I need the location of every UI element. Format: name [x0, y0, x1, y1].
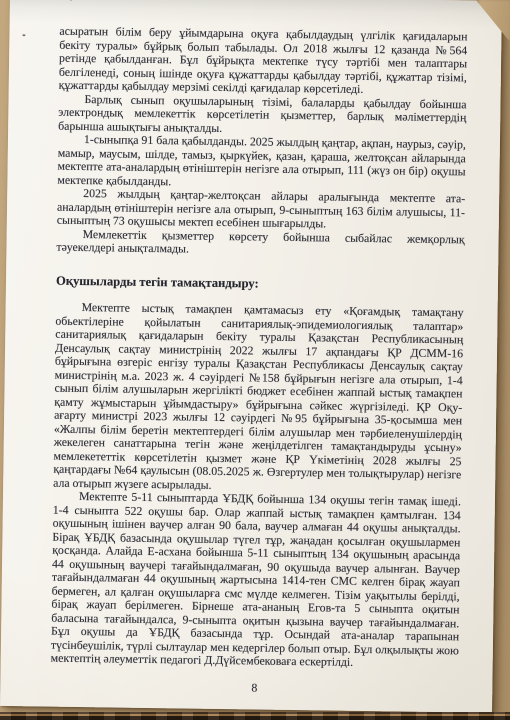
- scan-speck: [22, 34, 25, 36]
- paragraph: Барлық сынып оқушыларының тізімі, балала…: [58, 92, 467, 138]
- paragraph: Мектепте ыстық тамақпен қамтамасыз ету «…: [53, 301, 464, 496]
- scan-speck: [70, 0, 72, 1]
- paragraph: Мектепте 5-11 сыныптарда ҰБДҚ бойынша 13…: [51, 490, 461, 671]
- paragraph: 2025 жылдың қаңтар-желтоқсан айлары арал…: [57, 187, 466, 233]
- paragraph: Мемлекеттік қызметтер көрсету бойынша сы…: [56, 227, 464, 260]
- page-text-block: асыратын білім беру ұйымдарына оқуға қаб…: [50, 25, 467, 698]
- paragraph: 1-сыныпқа 91 бала қабылданды. 2025 жылды…: [57, 133, 466, 193]
- page-number: 8: [50, 678, 458, 697]
- desk-edge-strip: [0, 712, 510, 720]
- document-page: асыратын білім беру ұйымдарына оқуға қаб…: [0, 0, 502, 713]
- scanned-document-view: асыратын білім беру ұйымдарына оқуға қаб…: [0, 0, 510, 720]
- paragraph: асыратын білім беру ұйымдарына оқуға қаб…: [59, 25, 468, 98]
- section-heading: Оқушыларды тегін тамақтандыру:: [56, 274, 464, 293]
